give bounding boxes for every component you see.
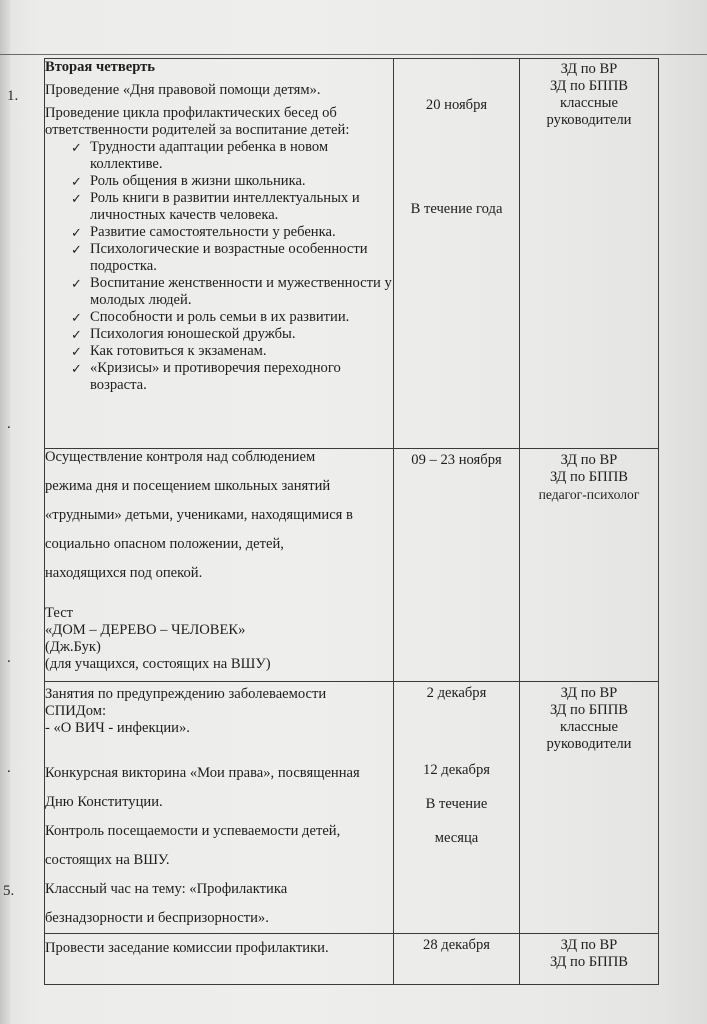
test-title: Тест [45, 605, 393, 622]
date-text: 09 – 23 ноября [394, 452, 519, 469]
responsible-cell: ЗД по ВР ЗД по БППВ классные руководител… [520, 682, 659, 934]
responsible-text: ЗД по ВР [520, 452, 658, 469]
previous-page-edge [0, 54, 707, 55]
list-item: ✓Роль общения в жизни школьника. [71, 173, 393, 190]
list-item: ✓Способности и роль семьи в их развитии. [71, 309, 393, 326]
activity-text: Осуществление контроля над соблюдением [45, 443, 393, 472]
activity-text: Проведение цикла профилактических бесед … [45, 105, 393, 139]
activity-text: Проведение «Дня правовой помощи детям». [45, 82, 393, 99]
checkmark-icon: ✓ [71, 275, 82, 292]
activity-plan-table: Вторая четверть Проведение «Дня правовой… [44, 58, 659, 985]
row-number-2: . [7, 416, 11, 433]
topic-checklist: ✓Трудности адаптации ребенка в новом кол… [45, 139, 393, 394]
responsible-text: классные [520, 719, 658, 736]
row-number-1: 1. [7, 88, 18, 105]
date-text: В течение года [394, 201, 519, 218]
responsible-cell: ЗД по ВР ЗД по БППВ педагог-психолог [520, 449, 659, 682]
table-row: Вторая четверть Проведение «Дня правовой… [45, 59, 659, 449]
table-row: Провести заседание комиссии профилактики… [45, 934, 659, 985]
date-cell: 2 декабря 12 декабря В течение месяца [394, 682, 520, 934]
list-item: ✓Как готовиться к экзаменам. [71, 343, 393, 360]
responsible-text: ЗД по ВР [520, 61, 658, 78]
date-cell: 20 ноября В течение года [394, 59, 520, 449]
list-item: ✓Психологические и возрастные особенност… [71, 241, 393, 275]
table-row: Осуществление контроля над соблюдением р… [45, 449, 659, 682]
activity-text: СПИДом: [45, 703, 393, 720]
date-text: 2 декабря [394, 685, 519, 702]
page-edge-shadow [0, 0, 10, 1024]
activity-text: Занятия по предупреждению заболеваемости [45, 686, 393, 703]
checkmark-icon: ✓ [71, 326, 82, 343]
activity-cell: Осуществление контроля над соблюдением р… [45, 449, 394, 682]
list-item: ✓Развитие самостоятельности у ребенка. [71, 224, 393, 241]
responsible-cell: ЗД по ВР ЗД по БППВ [520, 934, 659, 985]
row-number-5: 5. [3, 883, 14, 900]
list-item: ✓Роль книги в развитии интеллектуальных … [71, 190, 393, 224]
responsible-text: руководители [520, 736, 658, 753]
responsible-text: ЗД по БППВ [520, 469, 658, 486]
responsible-text: ЗД по ВР [520, 937, 658, 954]
test-name: «ДОМ – ДЕРЕВО – ЧЕЛОВЕК» [45, 622, 393, 639]
activity-text: Контроль посещаемости и успеваемости дет… [45, 817, 393, 846]
date-text: 12 декабря [394, 753, 519, 787]
checkmark-icon: ✓ [71, 309, 82, 326]
activity-cell: Занятия по предупреждению заболеваемости… [45, 682, 394, 934]
date-cell: 28 декабря [394, 934, 520, 985]
date-text: 28 декабря [394, 937, 519, 954]
date-cell: 09 – 23 ноября [394, 449, 520, 682]
row-number-3: . [7, 650, 11, 667]
list-item: ✓Психология юношеской дружбы. [71, 326, 393, 343]
activity-cell: Провести заседание комиссии профилактики… [45, 934, 394, 985]
activity-text: - «О ВИЧ - инфекции». [45, 720, 393, 737]
activity-text: социально опасном положении, детей, [45, 530, 393, 559]
activity-text: Конкурсная викторина «Мои права», посвящ… [45, 759, 393, 788]
list-item: ✓Воспитание женственности и мужественнос… [71, 275, 393, 309]
checkmark-icon: ✓ [71, 224, 82, 241]
table-row: Занятия по предупреждению заболеваемости… [45, 682, 659, 934]
list-item: ✓«Кризисы» и противоречия переходного во… [71, 360, 393, 394]
date-text: 20 ноября [394, 97, 519, 114]
responsible-text: ЗД по БППВ [520, 702, 658, 719]
row-number-4: . [7, 760, 11, 777]
responsible-text: классные [520, 95, 658, 112]
checkmark-icon: ✓ [71, 241, 82, 258]
responsible-cell: ЗД по ВР ЗД по БППВ классные руководител… [520, 59, 659, 449]
checkmark-icon: ✓ [71, 343, 82, 360]
checkmark-icon: ✓ [71, 360, 82, 377]
test-author: (Дж.Бук) [45, 639, 393, 656]
activity-text: Классный час на тему: «Профилактика [45, 875, 393, 904]
test-audience: (для учащихся, состоящих на ВШУ) [45, 656, 393, 673]
date-text: В течение [394, 787, 519, 821]
responsible-text: руководители [520, 112, 658, 129]
activity-text: состоящих на ВШУ. [45, 846, 393, 875]
section-title: Вторая четверть [45, 59, 393, 76]
activity-text: «трудными» детьми, учениками, находящими… [45, 501, 393, 530]
activity-cell: Вторая четверть Проведение «Дня правовой… [45, 59, 394, 449]
date-text: месяца [394, 821, 519, 855]
activity-text: Дню Конституции. [45, 788, 393, 817]
checkmark-icon: ✓ [71, 139, 82, 156]
activity-text: Провести заседание комиссии профилактики… [45, 940, 393, 957]
checkmark-icon: ✓ [71, 190, 82, 207]
responsible-text: педагог-психолог [520, 486, 658, 503]
activity-text: безнадзорности и беспризорности». [45, 904, 393, 933]
checkmark-icon: ✓ [71, 173, 82, 190]
activity-text: режима дня и посещением школьных занятий [45, 472, 393, 501]
responsible-text: ЗД по БППВ [520, 954, 658, 971]
responsible-text: ЗД по БППВ [520, 78, 658, 95]
activity-text: находящихся под опекой. [45, 559, 393, 588]
responsible-text: ЗД по ВР [520, 685, 658, 702]
list-item: ✓Трудности адаптации ребенка в новом кол… [71, 139, 393, 173]
